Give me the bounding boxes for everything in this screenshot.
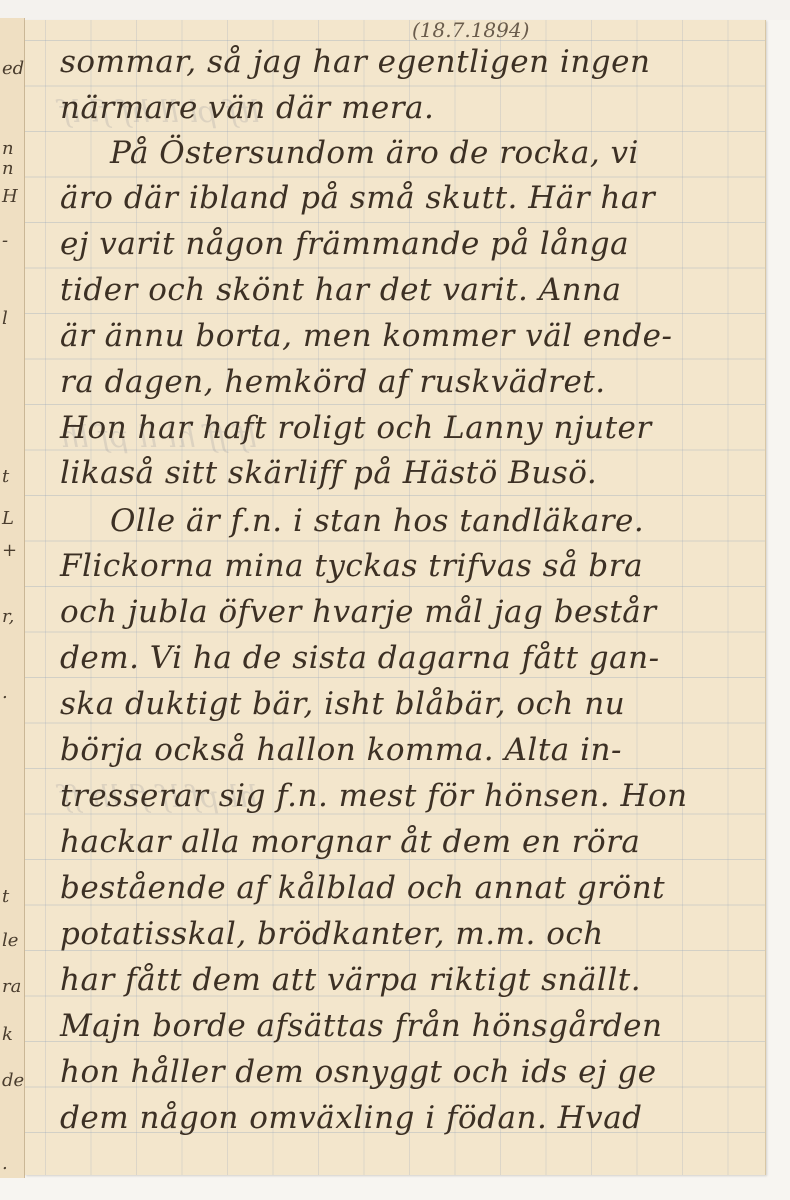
letter-line: dem någon omväxling i födan. Hvad xyxy=(60,1100,643,1136)
margin-fragment: + xyxy=(2,540,17,561)
margin-fragment: . xyxy=(2,1153,8,1174)
margin-fragment: de xyxy=(2,1070,24,1091)
margin-fragment: . xyxy=(2,682,8,703)
margin-fragment: r, xyxy=(2,606,14,627)
margin-fragment: L xyxy=(2,508,14,529)
letter-line: börja också hallon komma. Alta in- xyxy=(60,732,622,768)
margin-fragment: l xyxy=(2,308,8,329)
letter-line: bestående af kålblad och annat grönt xyxy=(60,870,665,906)
letter-line: likaså sitt skärliff på Hästö Busö. xyxy=(60,455,597,491)
letter-line: ra dagen, hemkörd af ruskvädret. xyxy=(60,364,606,400)
margin-fragment: n xyxy=(2,138,14,159)
margin-fragment: ed xyxy=(2,58,24,79)
scan-background xyxy=(0,0,790,20)
letter-line: tider och skönt har det varit. Anna xyxy=(60,272,622,308)
letter-line: äro där ibland på små skutt. Här har xyxy=(60,180,655,216)
letter-line: Majn borde afsättas från hönsgården xyxy=(60,1008,662,1044)
adjacent-page-edge: ed n n H - l t L + r, . t le ra k de . xyxy=(0,18,25,1178)
letter-line: är ännu borta, men kommer väl ende- xyxy=(60,318,672,354)
letter-line: hackar alla morgnar åt dem en röra xyxy=(60,824,640,860)
margin-fragment: t xyxy=(2,466,9,487)
letter-line: På Östersundom äro de rocka, vi xyxy=(110,135,639,171)
letter-line: dem. Vi ha de sista dagarna fått gan- xyxy=(60,640,660,676)
margin-fragment: k xyxy=(2,1024,13,1045)
letter-line: har fått dem att värpa riktigt snällt. xyxy=(60,962,641,998)
margin-fragment: n xyxy=(2,158,14,179)
letter-line: ska duktigt bär, isht blåbär, och nu xyxy=(60,686,625,722)
margin-fragment: ra xyxy=(2,976,21,997)
letter-line: Hon har haft roligt och Lanny njuter xyxy=(60,410,652,446)
margin-fragment: le xyxy=(2,930,18,951)
letter-line: Olle är f.n. i stan hos tandläkare. xyxy=(110,503,644,539)
date-annotation: (18.7.1894) xyxy=(412,18,529,42)
letter-line: Flickorna mina tyckas trifvas så bra xyxy=(60,548,643,584)
letter-line: sommar, så jag har egentligen ingen xyxy=(60,44,650,80)
margin-fragment: H xyxy=(2,186,18,207)
margin-fragment: t xyxy=(2,886,9,907)
letter-line: ej varit någon främmande på långa xyxy=(60,226,629,262)
letter-line: hon håller dem osnyggt och ids ej ge xyxy=(60,1054,657,1090)
margin-fragment: - xyxy=(2,230,8,251)
letter-line: tresserar sig f.n. mest för hönsen. Hon xyxy=(60,778,688,814)
letter-line: närmare vän där mera. xyxy=(60,90,434,126)
letter-line: och jubla öfver hvarje mål jag består xyxy=(60,594,657,630)
letter-line: potatisskal, brödkanter, m.m. och xyxy=(60,916,604,952)
